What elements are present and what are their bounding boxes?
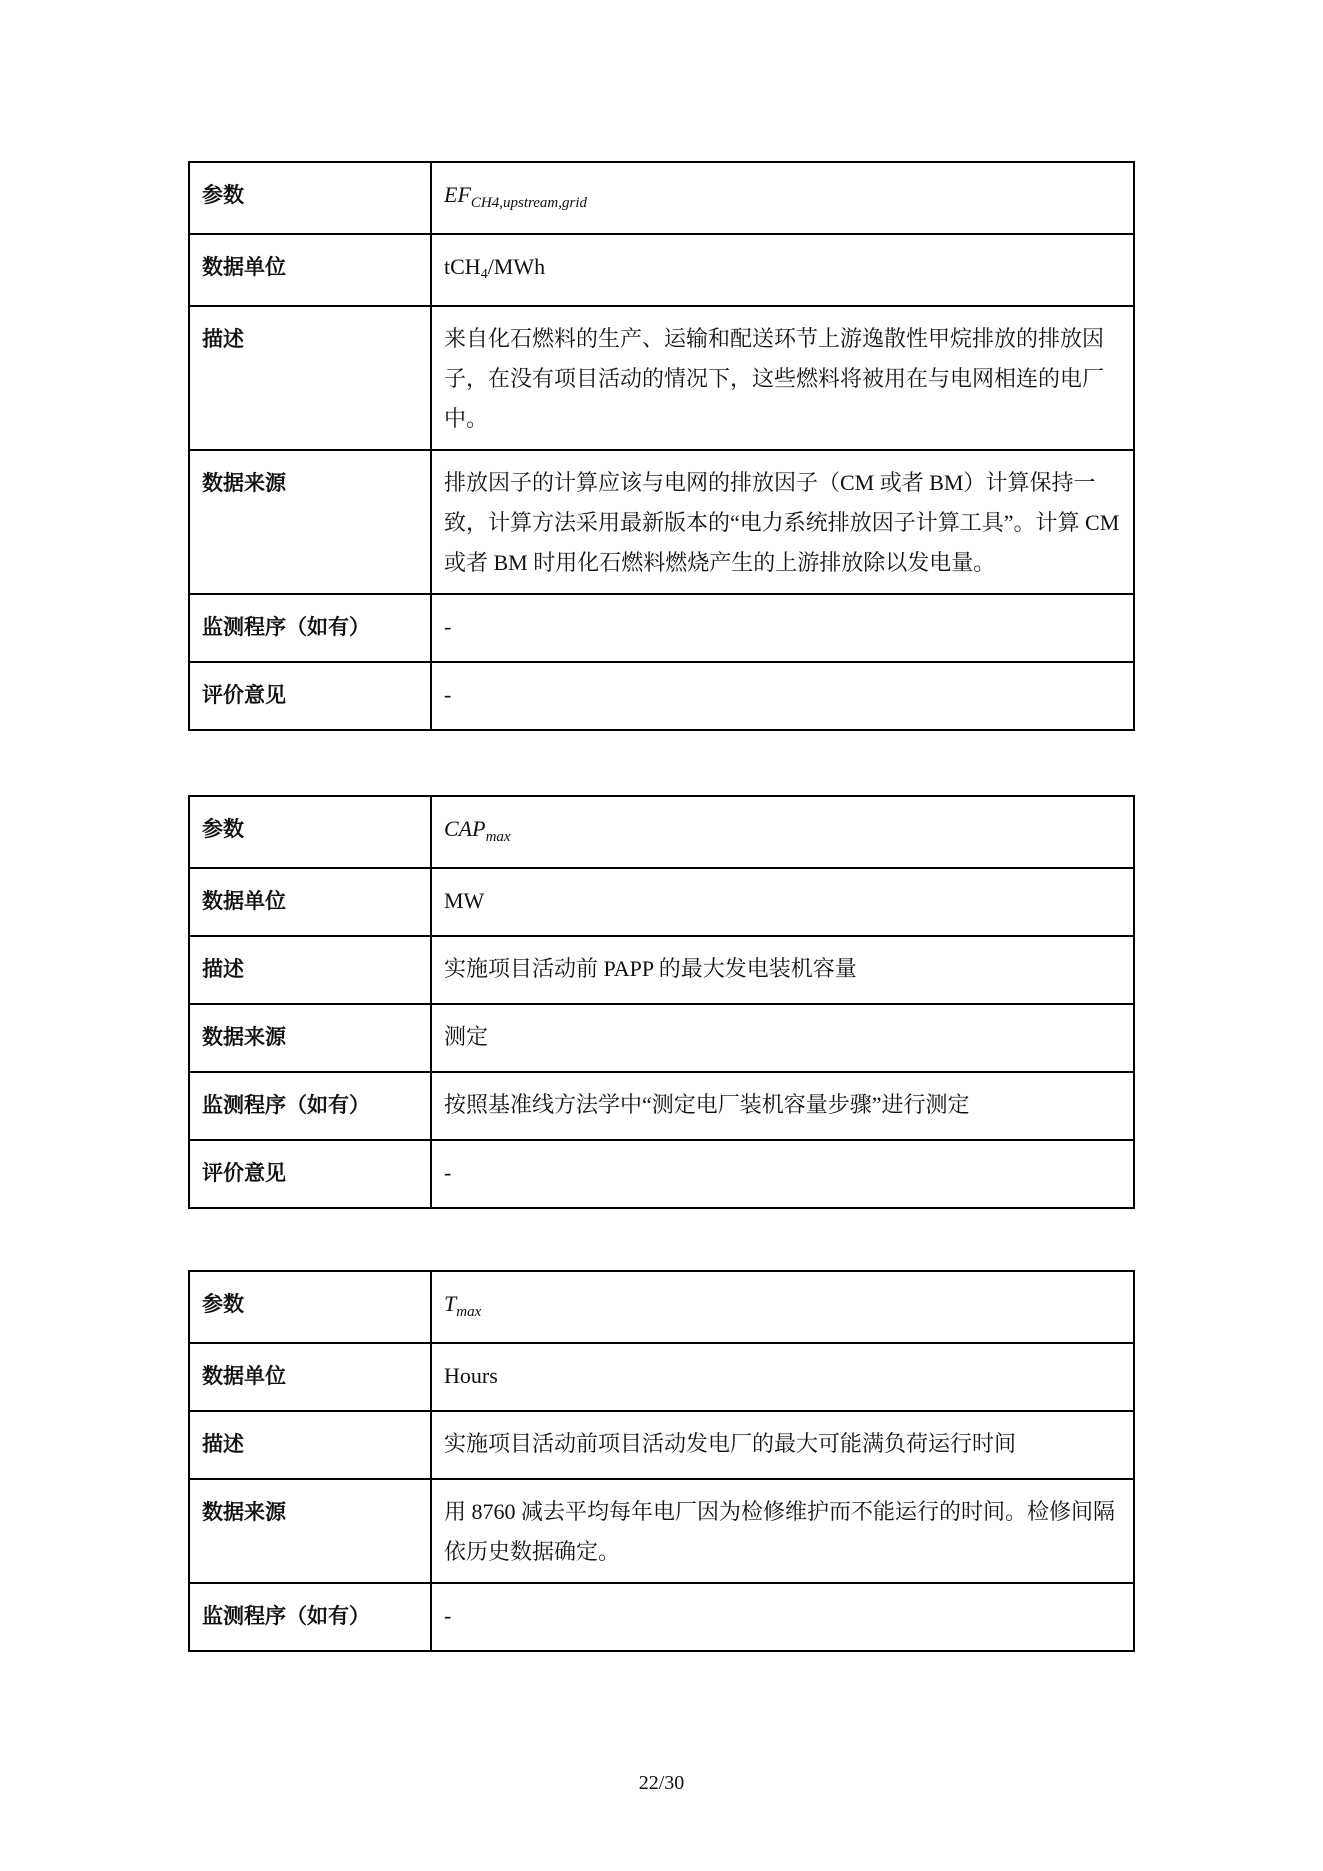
parameter-table-cap-max: 参数 CAPmax 数据单位 MW 描述 实施项目活动前 PAPP 的最大发电装… — [188, 795, 1135, 1209]
label-monitoring: 监测程序（如有） — [189, 594, 431, 662]
row-unit: 数据单位 Hours — [189, 1343, 1134, 1411]
value-monitoring: - — [431, 594, 1134, 662]
row-description: 描述 实施项目活动前项目活动发电厂的最大可能满负荷运行时间 — [189, 1411, 1134, 1479]
value-comment: - — [431, 662, 1134, 730]
label-unit: 数据单位 — [189, 1343, 431, 1411]
row-parameter: 参数 CAPmax — [189, 796, 1134, 868]
label-comment: 评价意见 — [189, 1140, 431, 1208]
parameter-symbol: EF — [444, 182, 471, 207]
row-monitoring: 监测程序（如有） 按照基准线方法学中“测定电厂装机容量步骤”进行测定 — [189, 1072, 1134, 1140]
row-monitoring: 监测程序（如有） - — [189, 1583, 1134, 1651]
row-parameter: 参数 EFCH4,upstream,grid — [189, 162, 1134, 234]
parameter-table-ef-ch4: 参数 EFCH4,upstream,grid 数据单位 tCH4/MWh 描述 … — [188, 161, 1135, 731]
value-source: 排放因子的计算应该与电网的排放因子（CM 或者 BM）计算保持一致，计算方法采用… — [431, 450, 1134, 594]
parameter-subscript: CH4,upstream,grid — [471, 195, 587, 211]
label-description: 描述 — [189, 936, 431, 1004]
value-parameter: Tmax — [431, 1271, 1134, 1343]
parameter-table-t-max: 参数 Tmax 数据单位 Hours 描述 实施项目活动前项目活动发电厂的最大可… — [188, 1270, 1135, 1652]
label-unit: 数据单位 — [189, 234, 431, 306]
value-unit: Hours — [431, 1343, 1134, 1411]
row-description: 描述 实施项目活动前 PAPP 的最大发电装机容量 — [189, 936, 1134, 1004]
row-source: 数据来源 测定 — [189, 1004, 1134, 1072]
row-monitoring: 监测程序（如有） - — [189, 594, 1134, 662]
unit-subscript: 4 — [481, 267, 488, 282]
value-unit: MW — [431, 868, 1134, 936]
label-description: 描述 — [189, 306, 431, 450]
value-description: 来自化石燃料的生产、运输和配送环节上游逸散性甲烷排放的排放因子，在没有项目活动的… — [431, 306, 1134, 450]
label-source: 数据来源 — [189, 450, 431, 594]
label-parameter: 参数 — [189, 796, 431, 868]
row-description: 描述 来自化石燃料的生产、运输和配送环节上游逸散性甲烷排放的排放因子，在没有项目… — [189, 306, 1134, 450]
row-source: 数据来源 排放因子的计算应该与电网的排放因子（CM 或者 BM）计算保持一致，计… — [189, 450, 1134, 594]
parameter-symbol: CAP — [444, 816, 486, 841]
parameter-symbol: T — [444, 1291, 456, 1316]
parameter-subscript: max — [456, 1304, 481, 1320]
value-parameter: CAPmax — [431, 796, 1134, 868]
row-comment: 评价意见 - — [189, 662, 1134, 730]
label-unit: 数据单位 — [189, 868, 431, 936]
value-source: 测定 — [431, 1004, 1134, 1072]
value-source: 用 8760 减去平均每年电厂因为检修维护而不能运行的时间。检修间隔依历史数据确… — [431, 1479, 1134, 1583]
value-monitoring: 按照基准线方法学中“测定电厂装机容量步骤”进行测定 — [431, 1072, 1134, 1140]
label-comment: 评价意见 — [189, 662, 431, 730]
value-parameter: EFCH4,upstream,grid — [431, 162, 1134, 234]
label-monitoring: 监测程序（如有） — [189, 1072, 431, 1140]
row-unit: 数据单位 tCH4/MWh — [189, 234, 1134, 306]
value-unit: tCH4/MWh — [431, 234, 1134, 306]
value-description: 实施项目活动前 PAPP 的最大发电装机容量 — [431, 936, 1134, 1004]
label-source: 数据来源 — [189, 1479, 431, 1583]
row-parameter: 参数 Tmax — [189, 1271, 1134, 1343]
label-monitoring: 监测程序（如有） — [189, 1583, 431, 1651]
label-parameter: 参数 — [189, 162, 431, 234]
label-parameter: 参数 — [189, 1271, 431, 1343]
unit-text: tCH — [444, 254, 481, 279]
unit-text-suffix: /MWh — [488, 254, 545, 279]
page-number: 22/30 — [0, 1772, 1323, 1795]
row-unit: 数据单位 MW — [189, 868, 1134, 936]
row-source: 数据来源 用 8760 减去平均每年电厂因为检修维护而不能运行的时间。检修间隔依… — [189, 1479, 1134, 1583]
value-description: 实施项目活动前项目活动发电厂的最大可能满负荷运行时间 — [431, 1411, 1134, 1479]
label-description: 描述 — [189, 1411, 431, 1479]
value-monitoring: - — [431, 1583, 1134, 1651]
label-source: 数据来源 — [189, 1004, 431, 1072]
parameter-subscript: max — [486, 829, 511, 845]
value-comment: - — [431, 1140, 1134, 1208]
row-comment: 评价意见 - — [189, 1140, 1134, 1208]
